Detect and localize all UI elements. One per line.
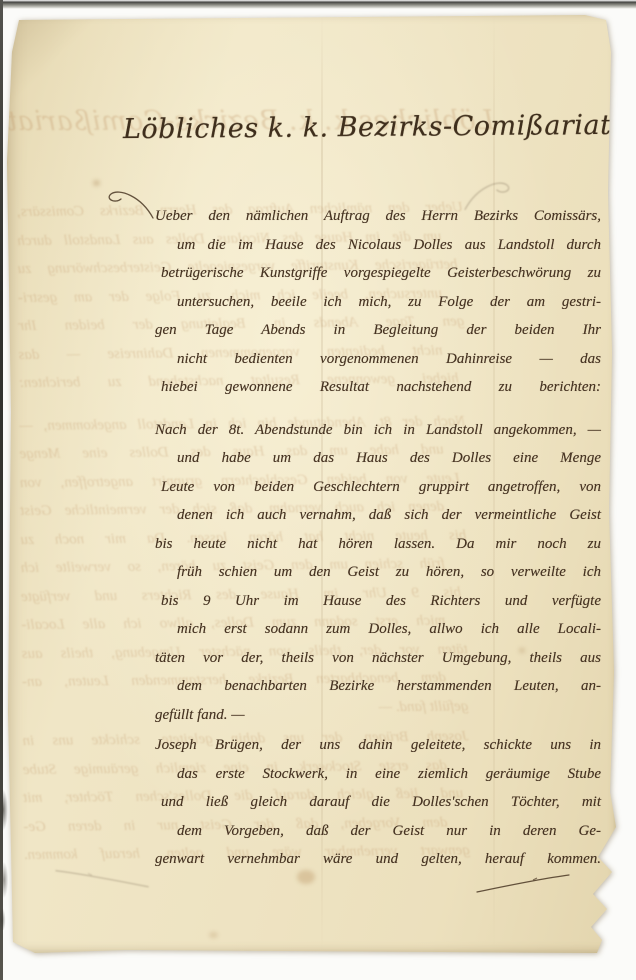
paper-sheet-wrap: Löbliches k. k. Bezirks-Comißariat! Uebe… xyxy=(5,12,617,953)
paragraph: Nach der 8t. Abendstunde bin ich in Land… xyxy=(155,416,601,730)
paper-sheet: Löbliches k. k. Bezirks-Comißariat! Uebe… xyxy=(5,12,617,953)
handwritten-line: mich erst sodann zum Dolles, allwo ich a… xyxy=(155,615,601,644)
handwritten-line: nicht bedienten vorgenommenen Dahinreise… xyxy=(155,345,601,374)
handwritten-line: Joseph Brügen, der uns dahin geleitete, … xyxy=(155,731,601,760)
handwritten-line: untersuchen, beeile ich mich, zu Folge d… xyxy=(155,288,601,317)
opening-flourish-icon xyxy=(101,188,159,227)
handwritten-line: um die im Hause des Nicolaus Dolles aus … xyxy=(155,231,601,260)
handwritten-line: Leute von beiden Geschlechtern gruppirt … xyxy=(155,473,601,502)
handwritten-line: bis heute nicht hat hören lassen. Da mir… xyxy=(155,530,601,559)
handwritten-line: Nach der 8t. Abendstunde bin ich in Land… xyxy=(155,416,601,445)
foxing-stain xyxy=(209,932,218,938)
binding-shadow xyxy=(0,770,14,930)
paragraph: Joseph Brügen, der uns dahin geleitete, … xyxy=(155,731,601,874)
scanner-top-edge xyxy=(0,0,636,9)
handwritten-line: gefüllt fand. — xyxy=(155,701,601,730)
foxing-stain xyxy=(93,180,100,186)
handwritten-line: und ließ gleich darauf die Dolles'schen … xyxy=(155,788,601,817)
handwritten-line: dem Vorgeben, daß der Geist nur in deren… xyxy=(155,817,601,846)
handwritten-line: täten vor der, theils von nächster Umgeb… xyxy=(155,644,601,673)
handwritten-line: und habe um das Haus des Dolles eine Men… xyxy=(155,444,601,473)
letter-salutation-heading: Löbliches k. k. Bezirks-Comißariat! xyxy=(123,110,609,145)
handwritten-line: betrügerische Kunstgriffe vorgespiegelte… xyxy=(155,259,601,288)
handwritten-line: das erste Stockwerk, in eine ziemlich ge… xyxy=(155,760,601,789)
handwritten-line: bis 9 Uhr im Hause des Richters und verf… xyxy=(155,587,601,616)
handwritten-line: früh schien um den Geist zu hören, so ve… xyxy=(155,558,601,587)
closing-dash-icon xyxy=(52,865,152,897)
paragraph: Ueber den nämlichen Auftrag des Herrn Be… xyxy=(155,202,601,402)
handwritten-line: hiebei gewonnene Resultat nachstehend zu… xyxy=(155,373,601,402)
handwritten-line: denen ich auch vernahm, daß sich der ver… xyxy=(155,501,601,530)
closing-dash-icon xyxy=(473,870,573,901)
handwritten-line: dem benachbarten Bezirke herstammenden L… xyxy=(155,672,601,701)
handwritten-line: gen Tage Abends in Begleitung der beiden… xyxy=(155,316,601,345)
handwritten-line: Ueber den nämlichen Auftrag des Herrn Be… xyxy=(155,202,601,231)
letter-body: Ueber den nämlichen Auftrag des Herrn Be… xyxy=(155,202,601,874)
scanned-document-page: { "colors":{ "paper":"#efe4c4", "ink":"#… xyxy=(0,0,636,980)
